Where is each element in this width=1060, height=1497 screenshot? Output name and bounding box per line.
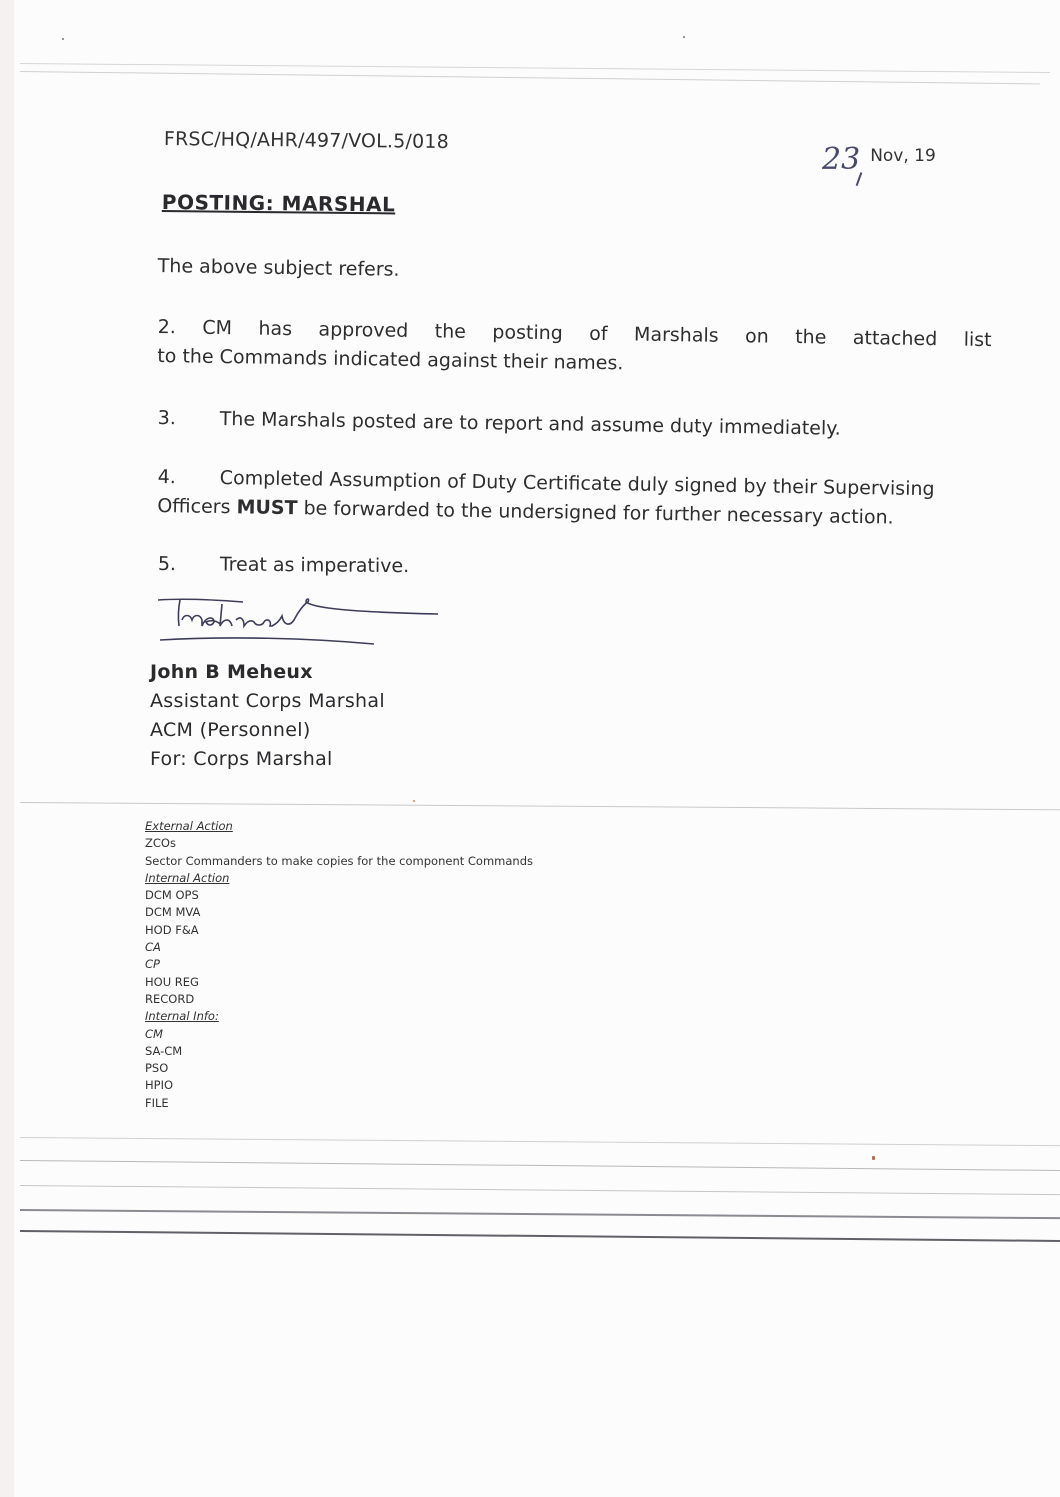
list-item: PSO	[145, 1060, 533, 1077]
list-item: CM	[145, 1026, 533, 1043]
paragraph-text: be forwarded to the undersigned for furt…	[297, 497, 893, 528]
list-item: ZCOs	[145, 835, 533, 852]
date-day-handwritten: 23	[822, 142, 860, 177]
word: has	[258, 315, 292, 345]
scan-artifact-line	[20, 1137, 1060, 1146]
list-item: RECORD	[145, 991, 533, 1008]
paragraph-number: 5.	[158, 550, 220, 580]
paragraph-1: The above subject refers.	[158, 252, 992, 294]
signatory-title: Assistant Corps Marshal	[150, 687, 385, 716]
list-item: HOU REG	[145, 974, 533, 991]
word: of	[589, 320, 608, 349]
paragraph-5: 5.Treat as imperative.	[158, 550, 992, 586]
word: list	[963, 326, 991, 355]
internal-info-heading: Internal Info:	[145, 1008, 533, 1025]
list-item: HOD F&A	[145, 922, 533, 939]
paragraph-4: 4.Completed Assumption of Duty Certifica…	[157, 463, 984, 534]
word: on	[745, 322, 769, 351]
scan-artifact-line	[20, 1160, 1060, 1171]
letter-date: 23Nov, 19	[822, 142, 936, 177]
signatory-office: ACM (Personnel)	[150, 716, 385, 745]
scan-artifact-line	[20, 63, 1050, 73]
word: approved	[318, 316, 408, 346]
paragraph-number: 2.	[158, 313, 177, 342]
list-item: FILE	[145, 1095, 533, 1112]
paragraph-text: Officers	[157, 495, 237, 518]
word: attached	[853, 324, 938, 354]
distribution-list: External Action ZCOs Sector Commanders t…	[145, 818, 533, 1112]
scan-artifact-line	[20, 802, 1060, 810]
paragraph-2: 2. CM has approved the posting of Marsha…	[157, 313, 992, 384]
paragraph-number: 3.	[158, 404, 220, 434]
scan-edge	[0, 0, 14, 1497]
handwritten-signature	[148, 590, 448, 660]
word: the	[435, 317, 467, 346]
signatory-block: John B Meheux Assistant Corps Marshal AC…	[150, 658, 385, 774]
date-month-year: Nov, 19	[870, 146, 936, 166]
list-item: SA-CM	[145, 1043, 533, 1060]
paragraph-3: 3.The Marshals posted are to report and …	[158, 404, 992, 446]
list-item: HPIO	[145, 1077, 533, 1094]
scan-speck	[62, 38, 64, 40]
signatory-for: For: Corps Marshal	[150, 745, 385, 774]
list-item: DCM MVA	[145, 904, 533, 921]
scan-speck	[872, 1156, 875, 1160]
scan-artifact-line	[20, 1209, 1060, 1219]
scan-artifact-line	[20, 1230, 1060, 1242]
reference-number: FRSC/HQ/AHR/497/VOL.5/018	[164, 128, 449, 153]
paragraph-text: The above subject refers.	[158, 255, 400, 281]
list-item: Sector Commanders to make copies for the…	[145, 853, 533, 870]
scan-artifact-line	[20, 71, 1040, 84]
paragraph-text: The Marshals posted are to report and as…	[220, 408, 841, 440]
internal-action-heading: Internal Action	[145, 870, 533, 887]
list-item: DCM OPS	[145, 887, 533, 904]
subject-heading: POSTING: MARSHAL	[162, 190, 396, 216]
paragraph-number: 4.	[158, 463, 220, 493]
signatory-name: John B Meheux	[150, 658, 385, 687]
paragraph-text: Treat as imperative.	[220, 554, 409, 578]
list-item: CA	[145, 939, 533, 956]
scan-artifact-line	[20, 1185, 1060, 1195]
word: Marshals	[634, 320, 719, 350]
word: CM	[202, 314, 232, 343]
scan-speck	[683, 36, 685, 38]
external-action-heading: External Action	[145, 818, 533, 835]
word: posting	[492, 318, 563, 348]
list-item: CP	[145, 956, 533, 973]
emphasis-must: MUST	[236, 496, 297, 519]
word: the	[795, 323, 827, 352]
scan-speck	[413, 800, 415, 802]
